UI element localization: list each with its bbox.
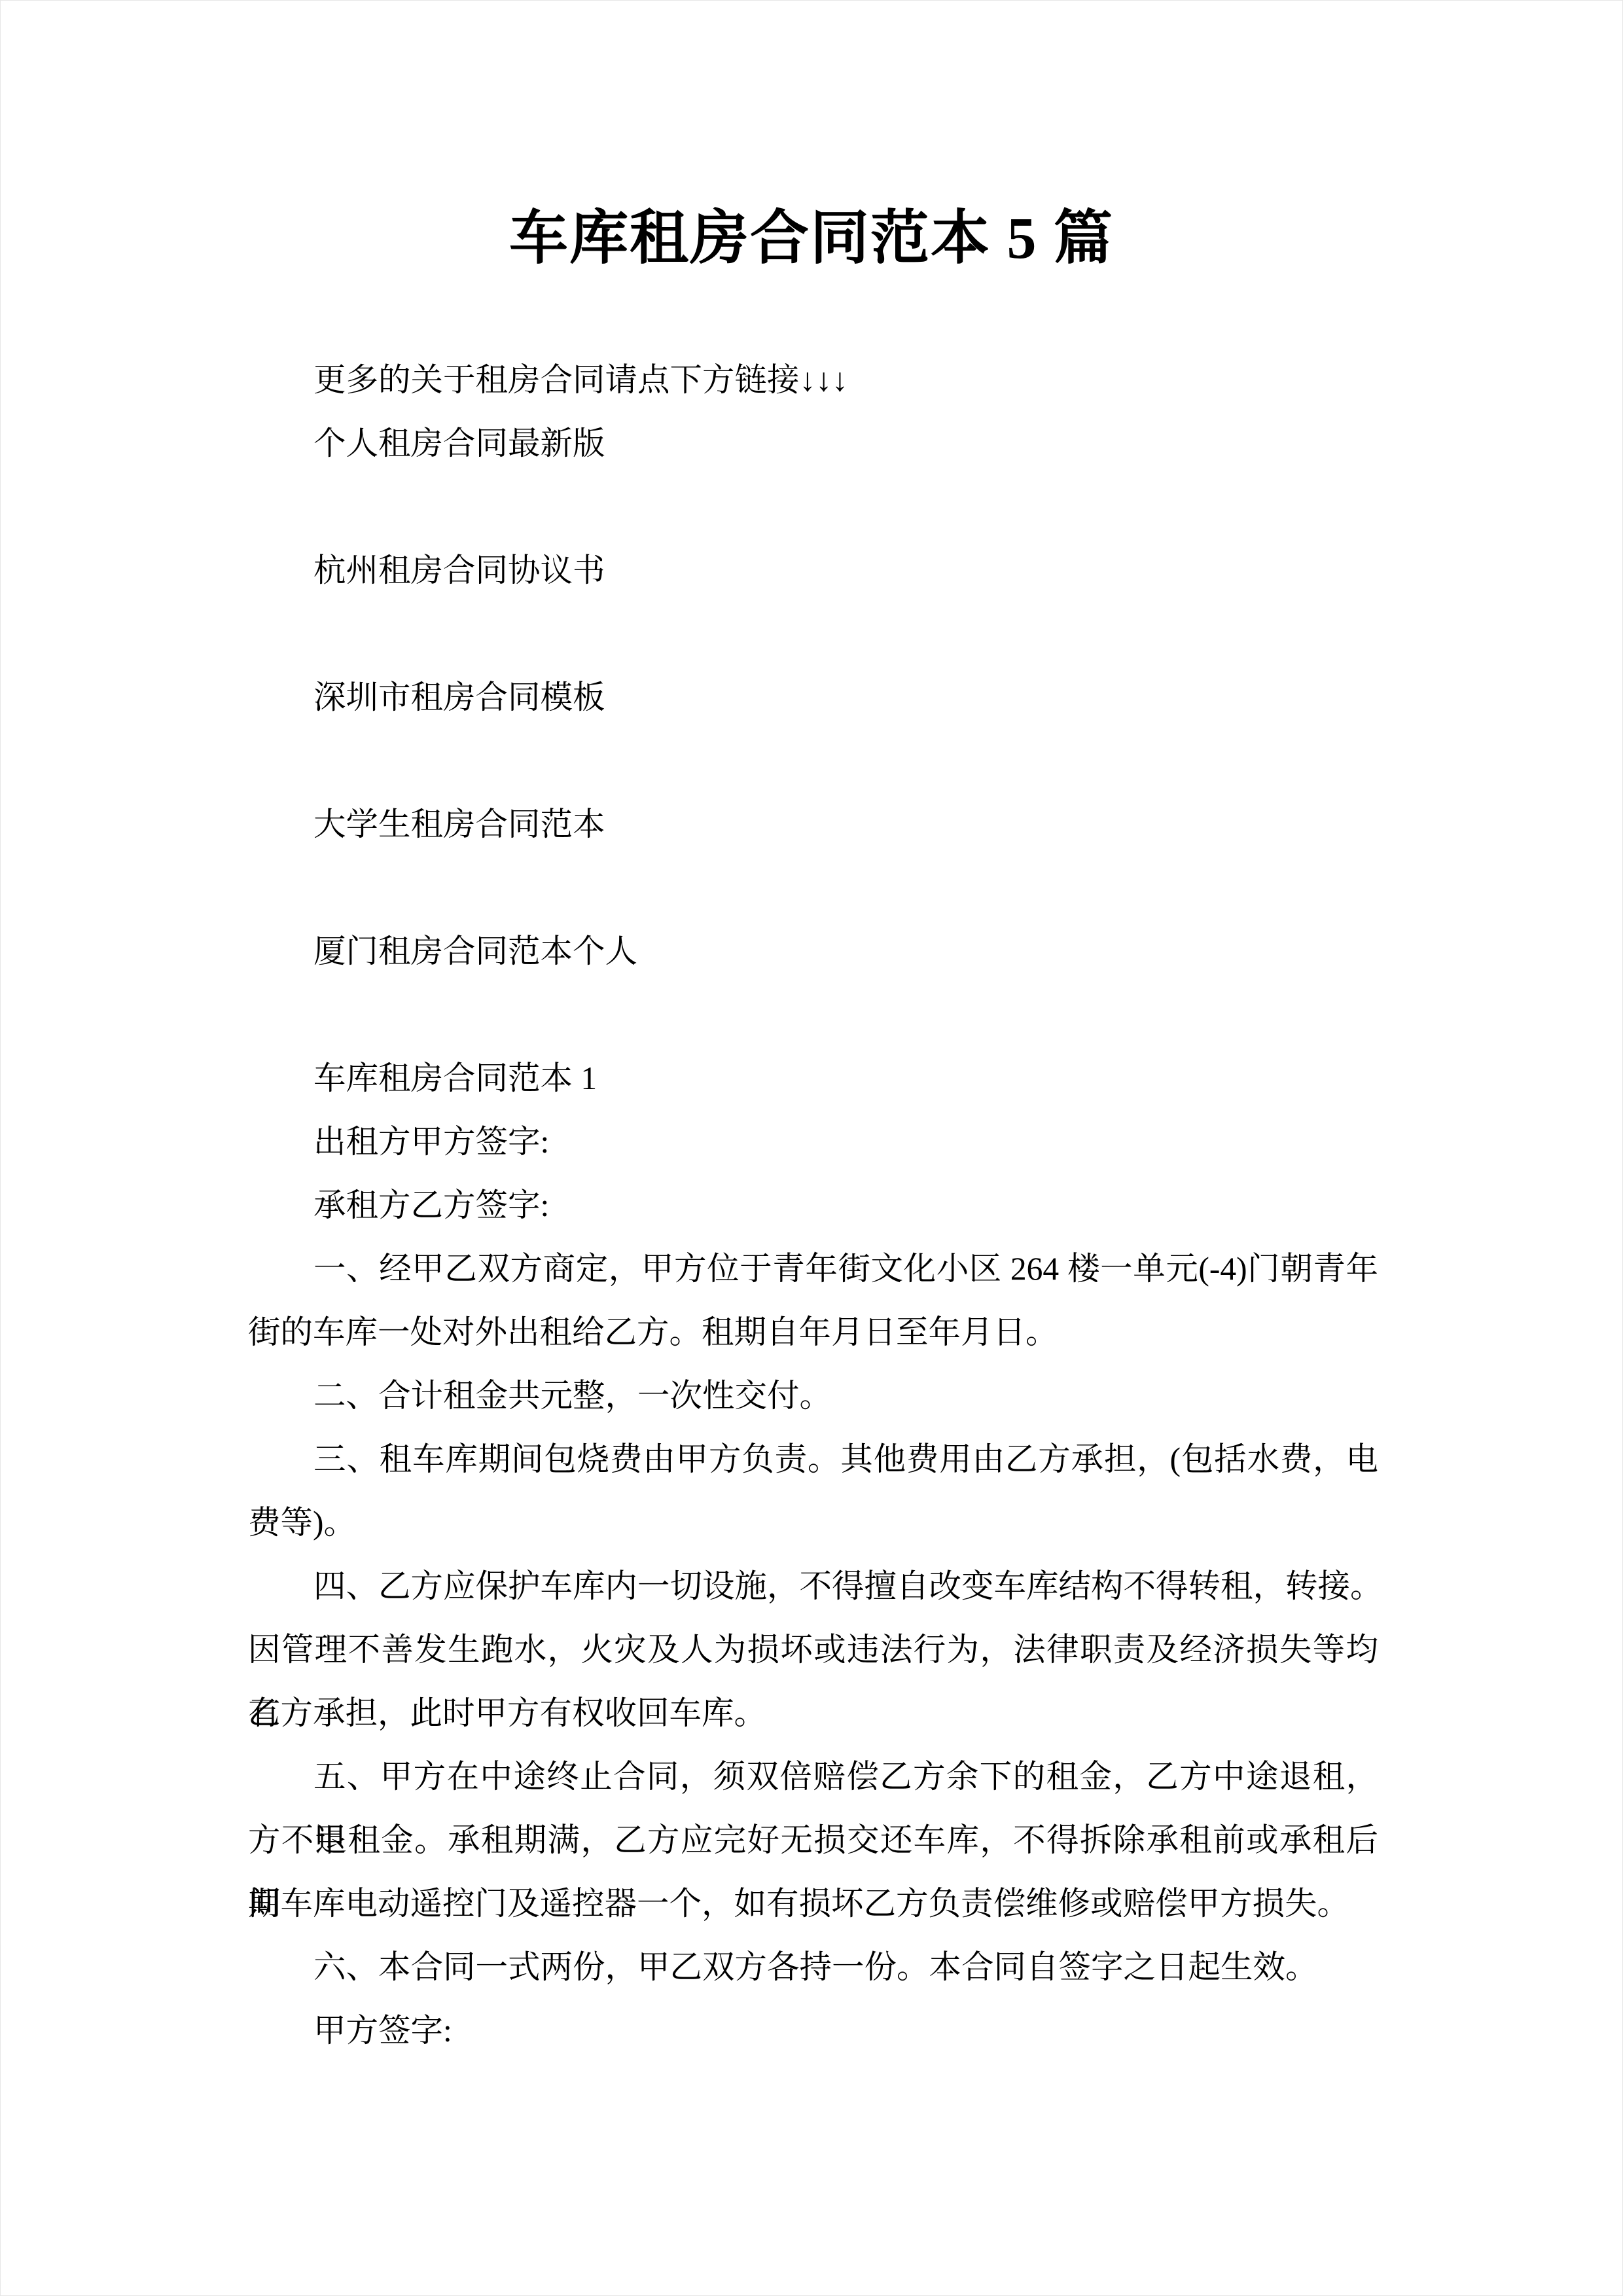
text-line: 方不退租金。承租期满，乙方应完好无损交还车库，不得拆除承租前或承租后期 — [248, 1808, 1378, 1872]
text-line: 乙方承担，此时甲方有权收回车库。 — [248, 1681, 1378, 1745]
text-line: 二、合计租金共元整，一次性交付。 — [248, 1364, 1378, 1427]
text-line: 甲方签字: — [248, 1999, 1378, 2062]
document-page: 车库租房合同范本 5 篇 更多的关于租房合同请点下方链接↓↓↓个人租房合同最新版… — [0, 0, 1623, 2296]
link-line-3[interactable]: 深圳市租房合同模板 — [248, 666, 1378, 729]
text-line: 四、乙方应保护车库内一切设施，不得擅自改变车库结构不得转租，转接。 — [248, 1554, 1378, 1618]
text-line: 街的车库一处对外出租给乙方。租期自年月日至年月日。 — [248, 1300, 1378, 1364]
blank-line — [248, 856, 1378, 920]
text-line: 承租方乙方签字: — [248, 1174, 1378, 1237]
document-title: 车库租房合同范本 5 篇 — [1, 202, 1622, 276]
blank-line — [248, 602, 1378, 666]
blank-line — [248, 475, 1378, 539]
text-line: 费等)。 — [248, 1491, 1378, 1554]
blank-line — [248, 983, 1378, 1047]
link-line-4[interactable]: 大学生租房合同范本 — [248, 793, 1378, 856]
text-line: 车库租房合同范本 1 — [248, 1047, 1378, 1110]
text-line: 因管理不善发生跑水，火灾及人为损坏或违法行为，法律职责及经济损失等均有 — [248, 1618, 1378, 1681]
blank-line — [248, 729, 1378, 793]
document-body: 更多的关于租房合同请点下方链接↓↓↓个人租房合同最新版杭州租房合同协议书深圳市租… — [248, 348, 1378, 2062]
link-line-1[interactable]: 个人租房合同最新版 — [248, 412, 1378, 475]
link-line-2[interactable]: 杭州租房合同协议书 — [248, 539, 1378, 602]
text-line: 更多的关于租房合同请点下方链接↓↓↓ — [248, 348, 1378, 412]
text-line: 六、本合同一式两份，甲乙双方各持一份。本合同自签字之日起生效。 — [248, 1935, 1378, 1999]
text-line: 一、经甲乙双方商定，甲方位于青年街文化小区 264 楼一单元(-4)门朝青年 — [248, 1237, 1378, 1300]
link-line-5[interactable]: 厦门租房合同范本个人 — [248, 920, 1378, 983]
text-line: 间车库电动遥控门及遥控器一个，如有损坏乙方负责偿维修或赔偿甲方损失。 — [248, 1872, 1378, 1935]
text-line: 出租方甲方签字: — [248, 1110, 1378, 1174]
text-line: 五、甲方在中途终止合同，须双倍赔偿乙方余下的租金，乙方中途退租，甲 — [248, 1745, 1378, 1808]
text-line: 三、租车库期间包烧费由甲方负责。其他费用由乙方承担，(包括水费，电 — [248, 1427, 1378, 1491]
